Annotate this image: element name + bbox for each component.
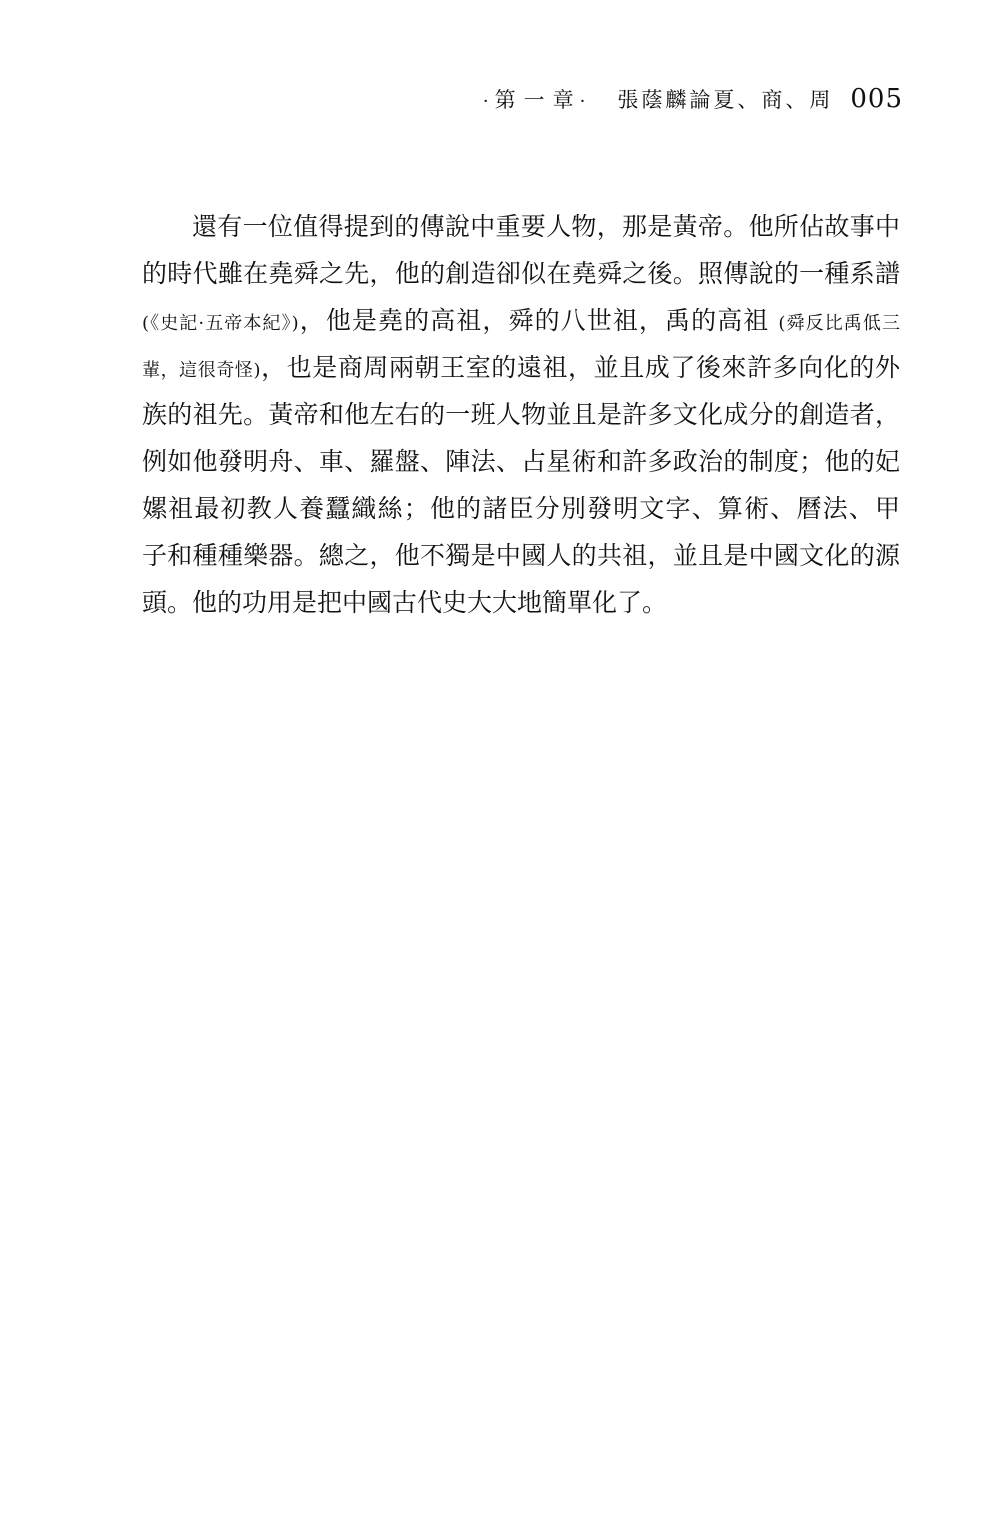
chapter-title: 張蔭麟論夏、商、周: [617, 86, 833, 114]
text-line: (《史記·五帝本紀》)，他是堯的高祖，舜的八世祖，禹的高祖 (舜反比禹低三: [142, 297, 900, 344]
text-segment: 子和種種樂器。總之，他不獨是中國人的共祖，並且是中國文化的源: [142, 541, 900, 570]
text-line: 族的祖先。黃帝和他左右的一班人物並且是許多文化成分的創造者，: [142, 391, 900, 438]
body-paragraph: 還有一位值得提到的傳說中重要人物，那是黃帝。他所佔故事中的時代雖在堯舜之先，他的…: [142, 203, 900, 626]
text-segment: 頭。他的功用是把中國古代史大大地簡單化了。: [142, 588, 667, 617]
text-segment: ，他是堯的高祖，舜的八世祖，禹的高祖: [299, 306, 779, 335]
text-line: 子和種種樂器。總之，他不獨是中國人的共祖，並且是中國文化的源: [142, 532, 900, 579]
text-segment: 例如他發明舟、車、羅盤、陣法、占星術和許多政治的制度；他的妃: [142, 447, 900, 476]
separator-dot-right: ·: [580, 88, 586, 116]
text-segment: 還有一位值得提到的傳說中重要人物，那是黃帝。他所佔故事中: [192, 212, 900, 241]
text-line: 例如他發明舟、車、羅盤、陣法、占星術和許多政治的制度；他的妃: [142, 438, 900, 485]
book-page: · 第一章 · 張蔭麟論夏、商、周 005 還有一位值得提到的傳說中重要人物，那…: [0, 0, 1000, 1513]
chapter-label: 第一章: [495, 86, 582, 114]
annotation-segment: 輩，這很奇怪): [142, 360, 261, 381]
separator-dot-left: ·: [483, 88, 489, 116]
text-segment: ，也是商周兩朝王室的遠祖，並且成了後來許多向化的外: [261, 353, 900, 382]
running-header: · 第一章 · 張蔭麟論夏、商、周 005: [477, 85, 903, 116]
text-line: 頭。他的功用是把中國古代史大大地簡單化了。: [142, 579, 900, 626]
annotation-segment: (《史記·五帝本紀》): [142, 313, 299, 334]
text-segment: 族的祖先。黃帝和他左右的一班人物並且是許多文化成分的創造者，: [142, 400, 900, 429]
text-line: 的時代雖在堯舜之先，他的創造卻似在堯舜之後。照傳說的一種系譜: [142, 250, 900, 297]
text-line: 嫘祖最初教人養蠶織絲；他的諸臣分別發明文字、算術、曆法、甲: [142, 485, 900, 532]
text-line: 輩，這很奇怪)，也是商周兩朝王室的遠祖，並且成了後來許多向化的外: [142, 344, 900, 391]
annotation-segment: (舜反比禹低三: [778, 313, 900, 334]
text-line: 還有一位值得提到的傳說中重要人物，那是黃帝。他所佔故事中: [142, 203, 900, 250]
text-segment: 的時代雖在堯舜之先，他的創造卻似在堯舜之後。照傳說的一種系譜: [142, 259, 900, 288]
text-segment: 嫘祖最初教人養蠶織絲；他的諸臣分別發明文字、算術、曆法、甲: [142, 494, 900, 523]
page-number: 005: [850, 85, 903, 113]
